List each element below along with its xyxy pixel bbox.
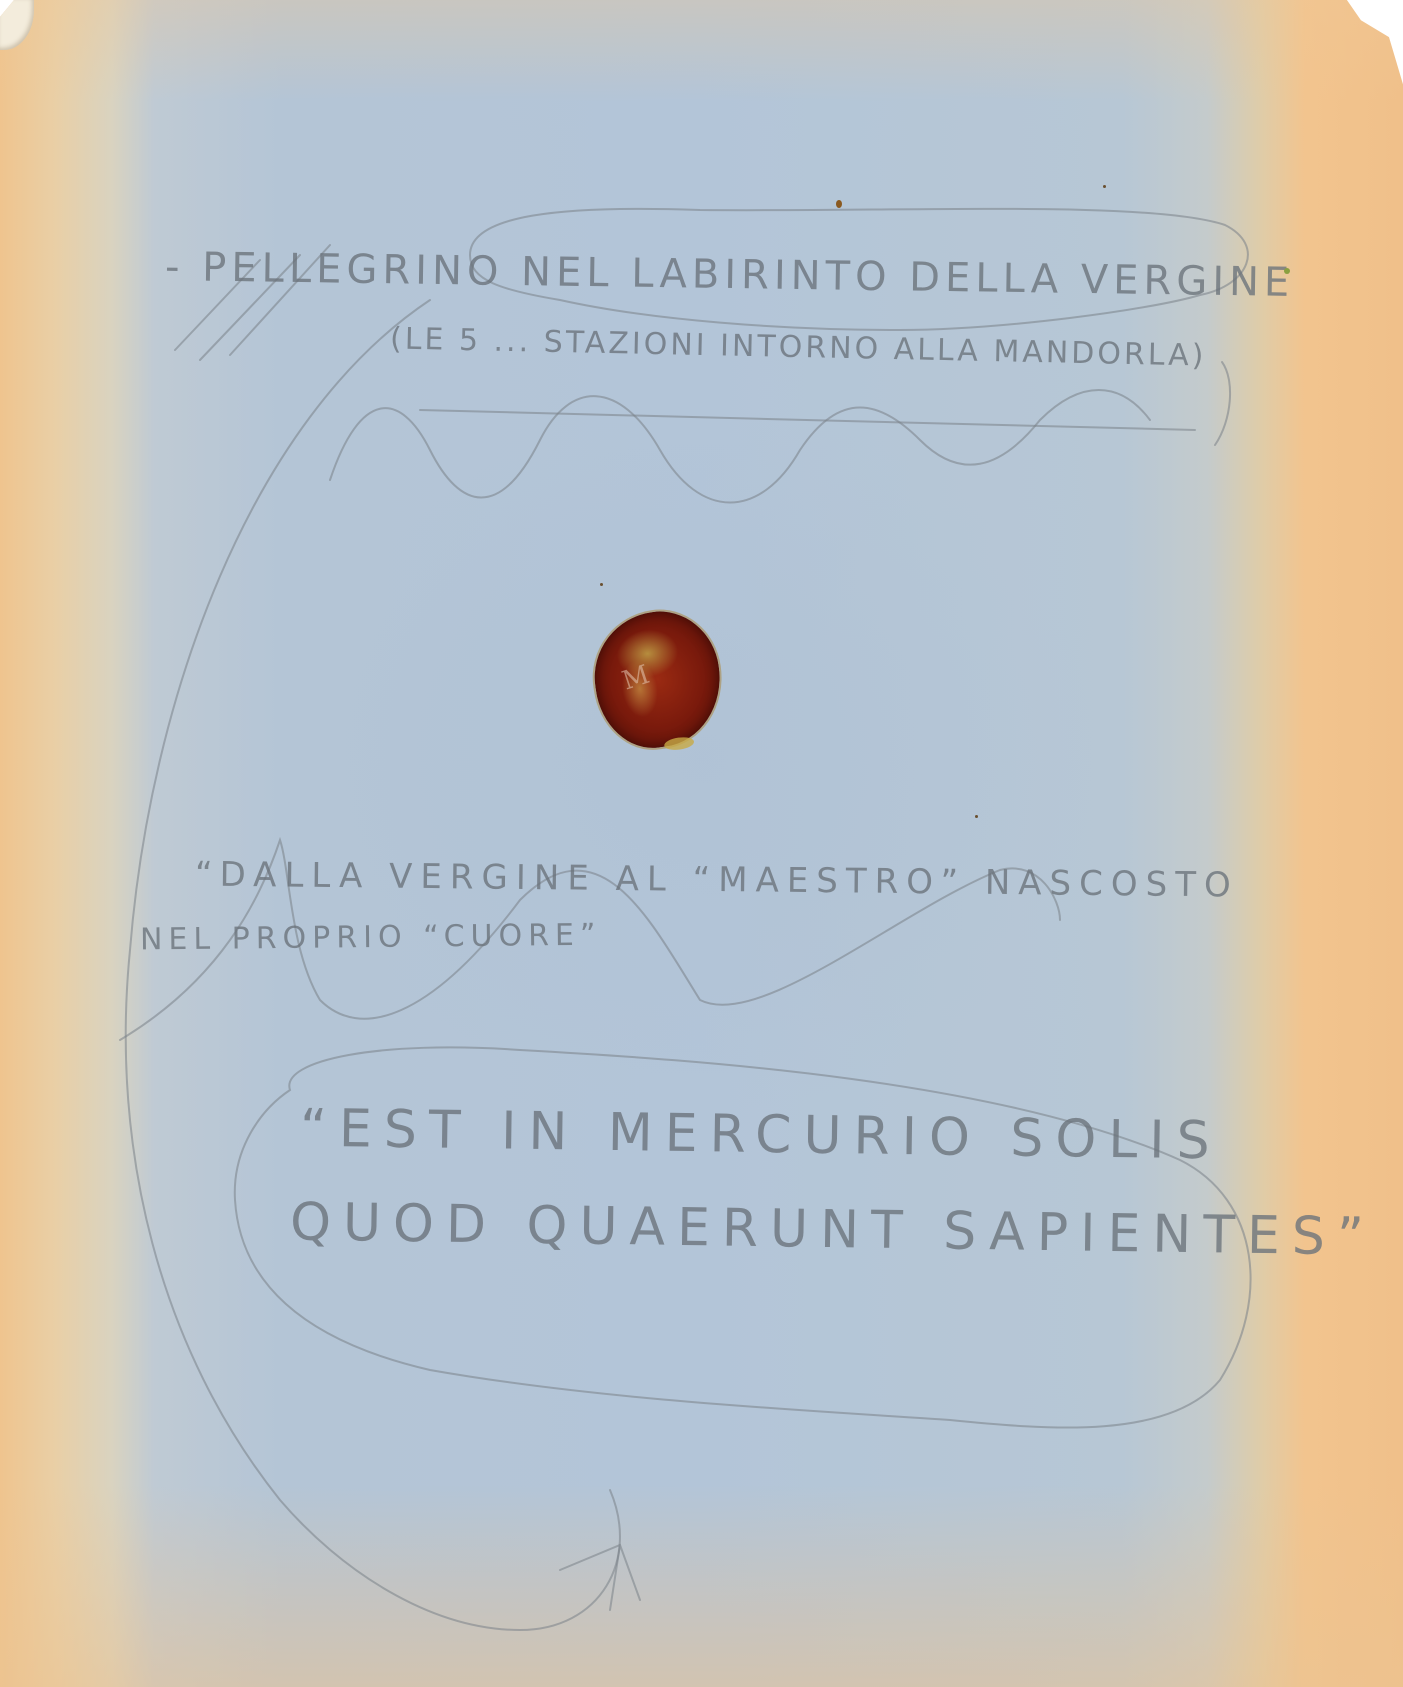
paper-speck <box>975 815 978 818</box>
inscription-motto-1: “EST IN MERCURIO SOLIS <box>300 1099 1222 1172</box>
paper-speck <box>836 200 842 208</box>
torn-corner <box>0 0 34 50</box>
paper-speck <box>600 583 603 586</box>
seal-mark: M <box>619 659 655 696</box>
paper-speck <box>1103 185 1106 188</box>
inscription-middle-2: NEL PROPRIO “CUORE” <box>140 918 602 958</box>
paper-speck <box>1284 268 1290 274</box>
